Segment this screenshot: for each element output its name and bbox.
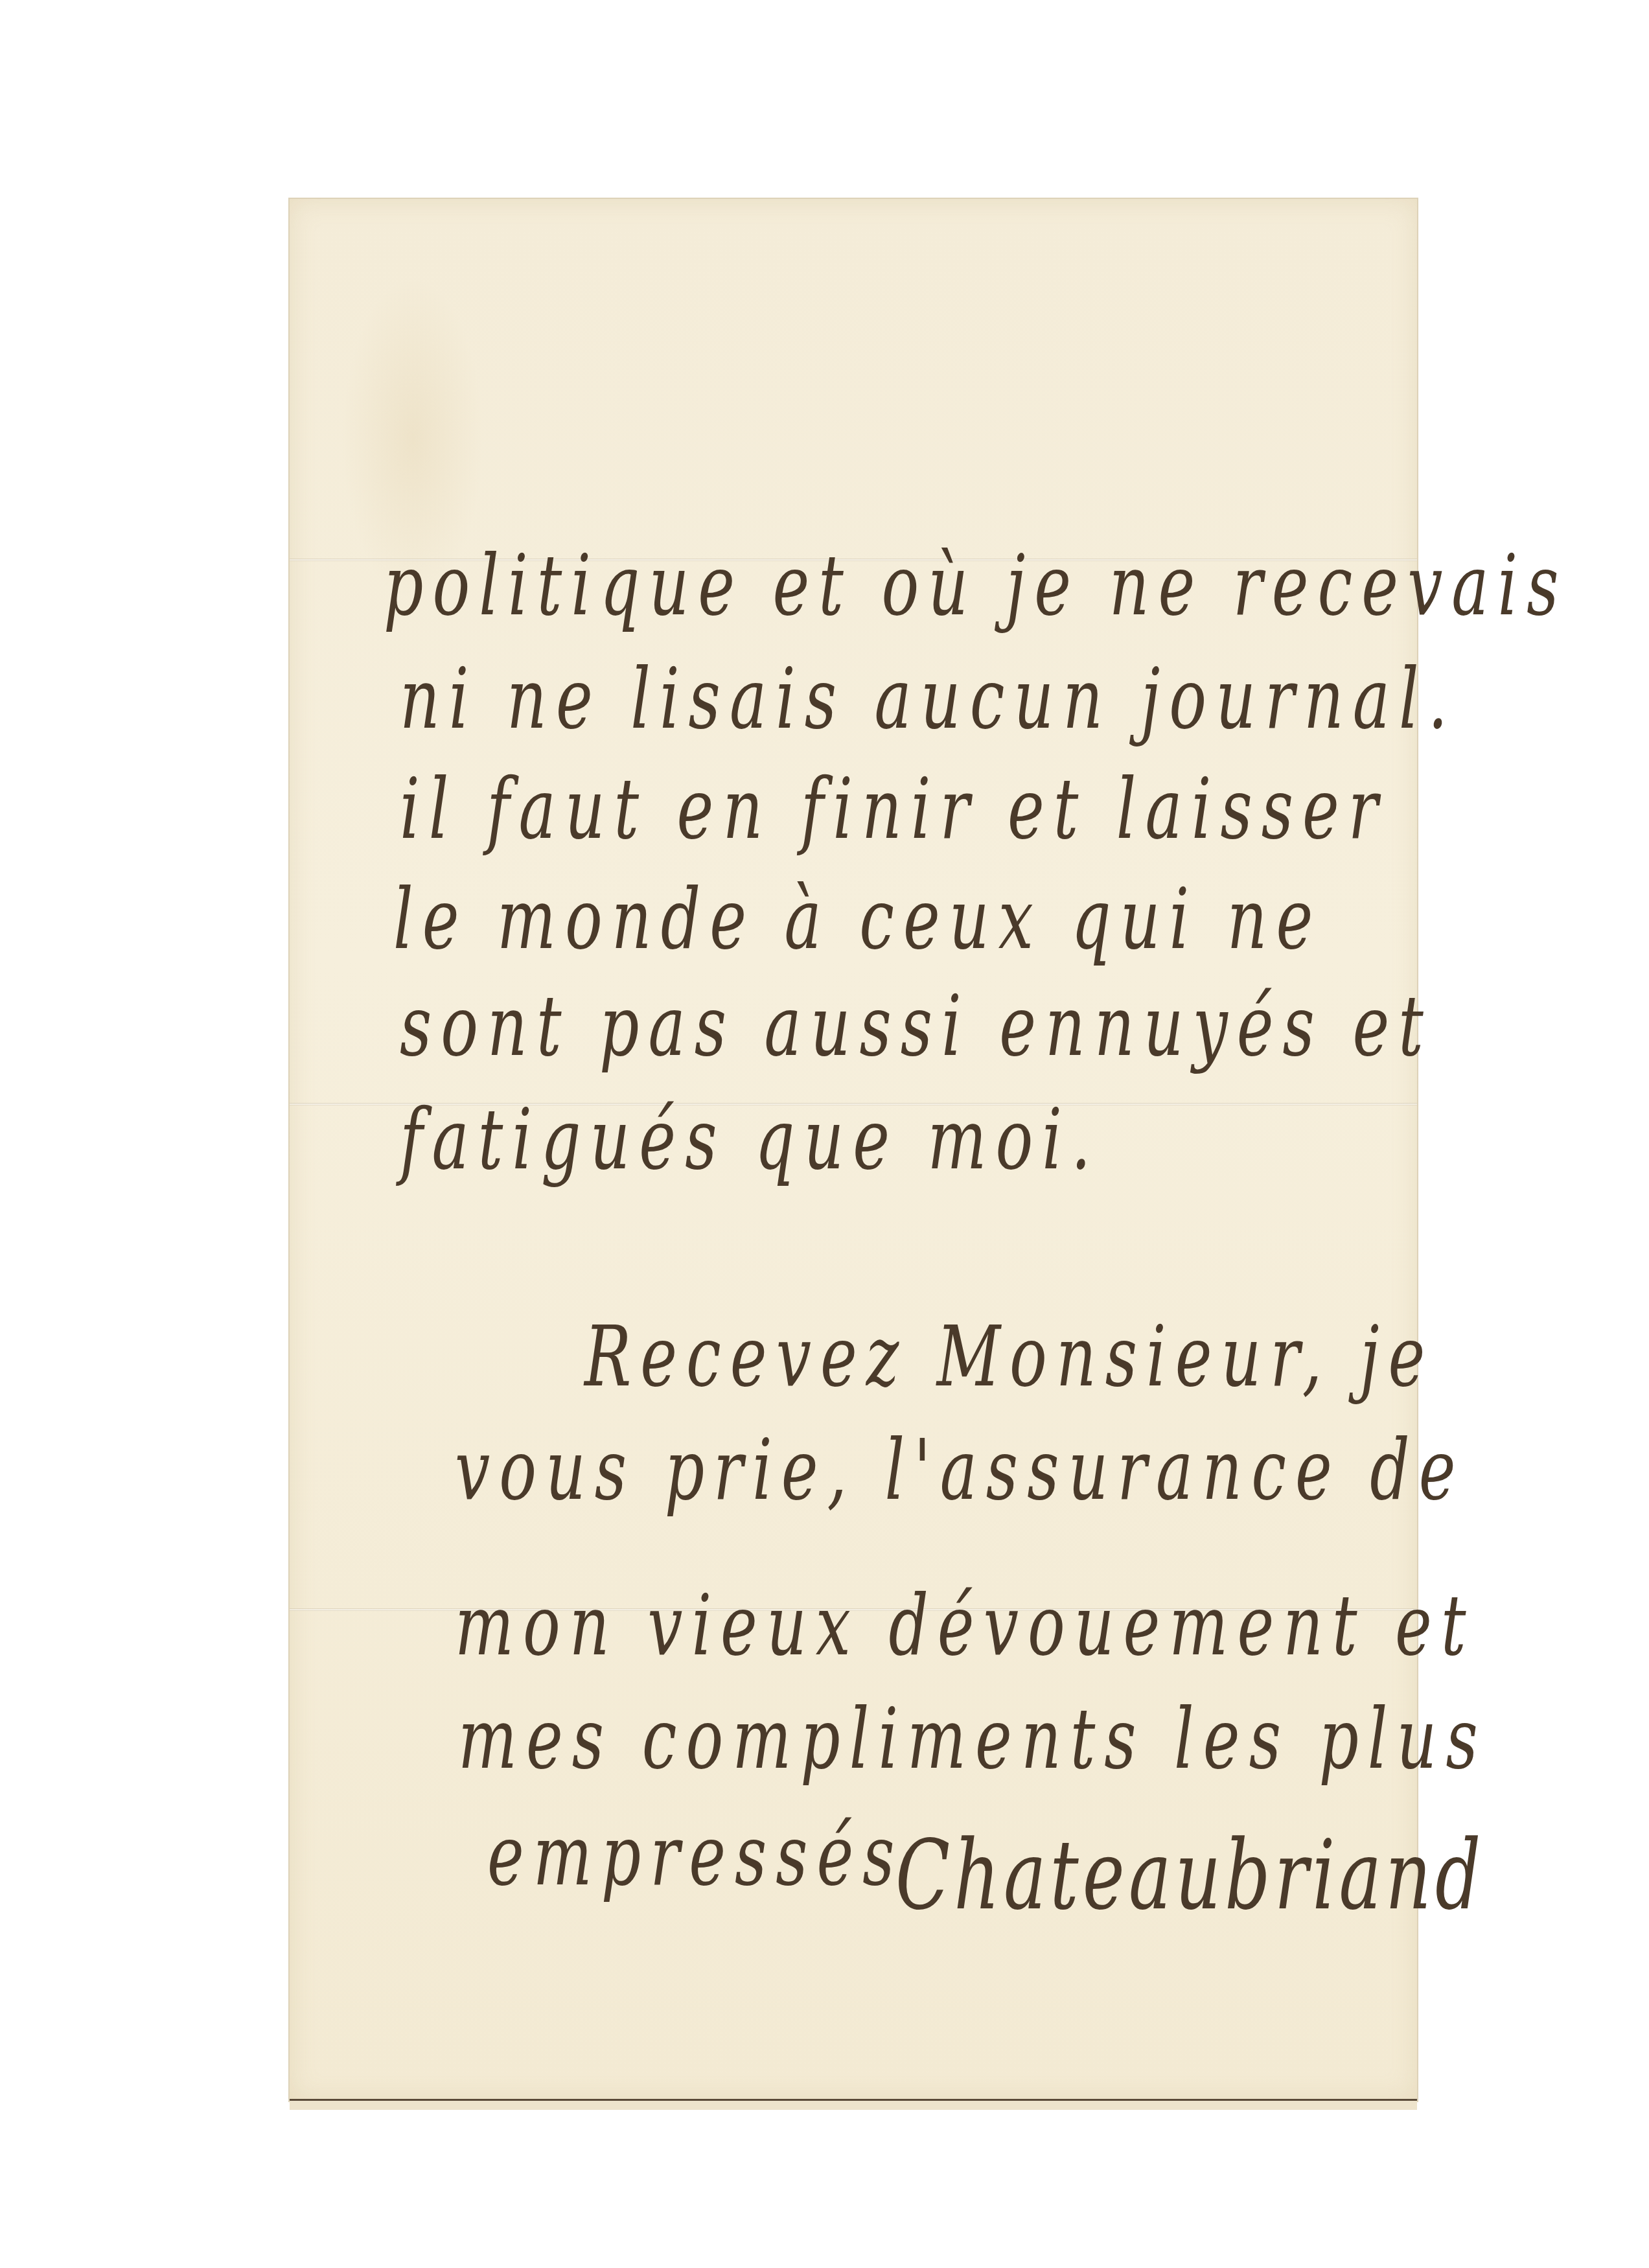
signature: Chateaubriand: [895, 1819, 1484, 1931]
text-line: sont pas aussi ennuyés et: [400, 977, 1433, 1075]
torn-bottom-edge: [290, 2099, 1417, 2110]
text-line: le monde à ceux qui ne: [393, 870, 1322, 968]
text-line: Recevez Monsieur, je: [584, 1308, 1434, 1406]
text-line: vous prie, l'assurance de: [455, 1421, 1465, 1519]
text-line: mon vieux dévouement et: [455, 1577, 1475, 1674]
text-line: fatigués que moi.: [400, 1091, 1100, 1188]
text-line: politique et où je ne recevais: [384, 537, 1568, 634]
letter-page: politique et où je ne recevais ni ne lis…: [288, 198, 1418, 2102]
text-line: empressés: [487, 1807, 904, 1904]
text-line: il faut en finir et laisser: [400, 760, 1387, 858]
text-line: mes compliments les plus: [458, 1690, 1487, 1788]
text-line: ni ne lisais aucun journal.: [400, 650, 1457, 748]
